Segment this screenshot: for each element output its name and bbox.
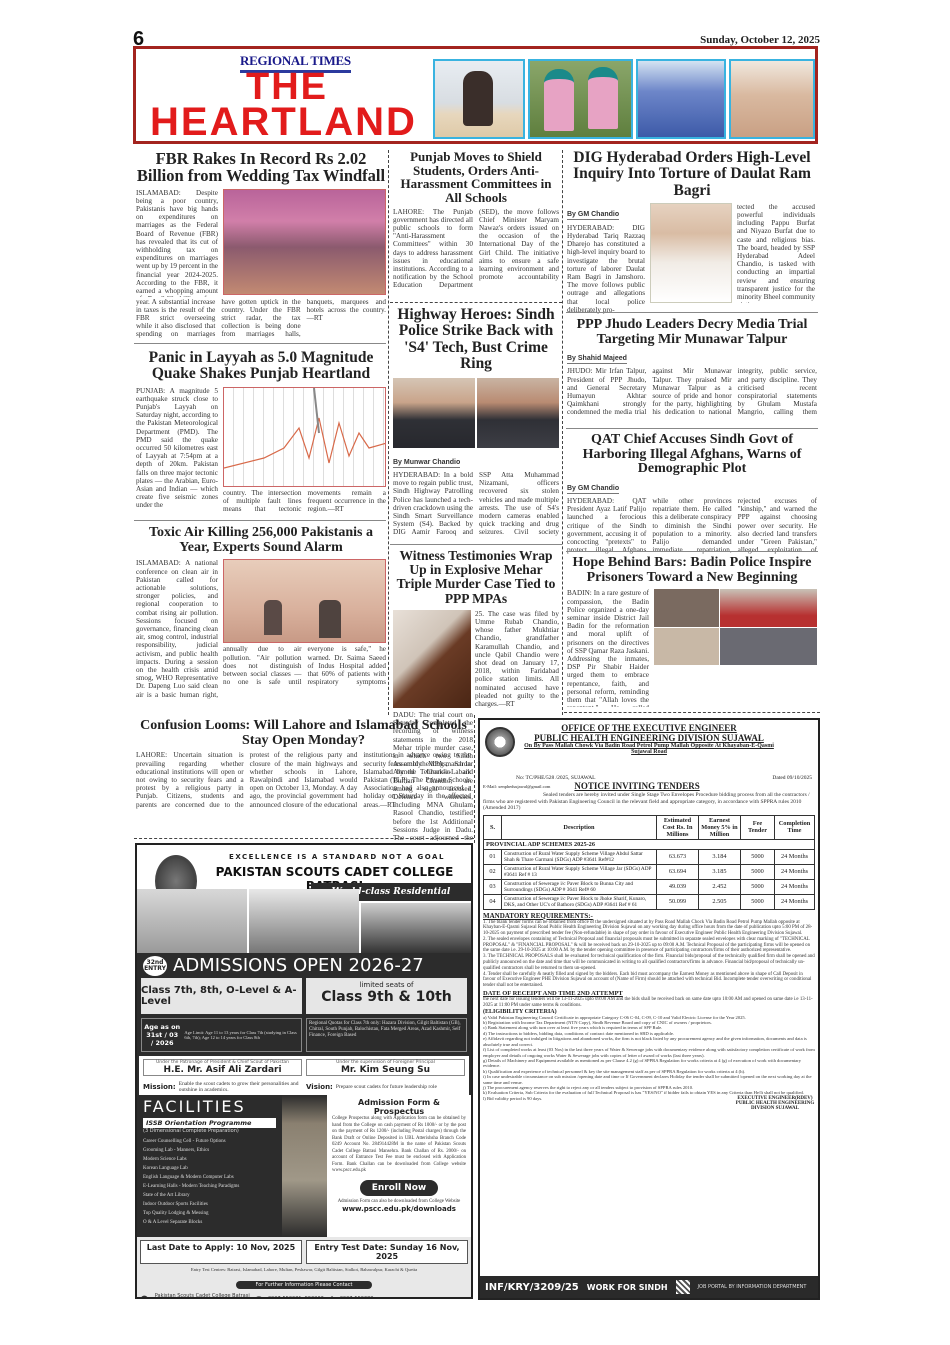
wedding-hall-photo [223,189,386,295]
byline: By GM Chandio [567,485,619,494]
facility-item: English Language & Modern Computer Labs [143,1173,276,1182]
entry-badge: 32nd ENTRY [143,956,167,976]
article-toxic-air: Toxic Air Killing 256,000 Pakistanis a Y… [136,526,386,693]
location-pin-icon: ● [140,1294,149,1300]
mandatory-item: 4. Tender shall be carefully & neatly fi… [483,972,815,989]
headline: PPP Jhudo Leaders Decry Media Trial Targ… [567,318,817,347]
col-header: Estimated Cost Rs. In Millions [657,815,699,839]
eligibility-item: l) Bid validity period is 90 days. [483,1096,542,1111]
issb-subtitle: (3 Dimensional Complete Preparation) [143,1128,276,1134]
eligibility-item: e) Affidavit regarding not indulged in l… [483,1036,815,1047]
facility-item: O & A Level Separate Blocks [143,1218,276,1227]
article-confusion-looms: Confusion Looms: Will Lahore and Islamab… [136,719,471,827]
article-quake: Panic in Layyah as 5.0 Magnitude Quake S… [136,350,386,515]
phed-logo-icon [485,727,515,757]
headline: FBR Rakes In Record Rs 2.02 Billion from… [136,150,386,185]
principal-name: Mr. Kim Seung Su [307,1065,464,1075]
table-row: 04 Construction of Sewerage i/c Paver Bl… [484,894,815,909]
article-body: HYDERABAD: QAT President Ayaz Latif Pali… [567,497,817,555]
gavel-photo [393,610,471,708]
last-date: Last Date to Apply: 10 Nov, 2025 [140,1240,302,1264]
column-divider [388,150,389,715]
phone-icon: ☎ [256,1296,262,1299]
eligibility-item: i) In case undesirable circumstance on s… [483,1074,815,1085]
article-body: ISLAMABAD: A national conference on clea… [136,559,218,699]
age-reference: Age as on 31st / 03 / 2026 [144,1023,180,1047]
col-header: Fee Tender [741,815,775,839]
cadets-group-photo [361,903,471,953]
download-link[interactable]: www.pscc.edu.pk/downloads [332,1205,466,1213]
article-punjab-schools: Punjab Moves to Shield Students, Orders … [393,150,559,292]
receipt-text: the next date for issuing tenders will b… [483,997,815,1009]
test-date: Entry Test Date: Sunday 16 Nov, 2025 [306,1240,468,1264]
article-body: BADIN: In a rare gesture of compassion, … [567,589,649,707]
limited-seats-label: limited seats of [306,981,467,989]
mission-label: Mission: [143,1083,176,1091]
office-title: OFFICE OF THE EXECUTIVE ENGINEER [480,723,818,733]
fax-number: 0997-550283 [340,1296,374,1299]
article-ppp-jhudo: PPP Jhudo Leaders Decry Media Trial Targ… [567,318,817,417]
headline: Hope Behind Bars: Badin Police Inspire P… [567,556,817,585]
jail-seminar-photo [654,589,817,665]
facility-item: Top Quality Lodging & Messing [143,1209,276,1218]
article-body: LAHORE: Uncertain situation is prevailin… [136,751,471,827]
article-dig-hyderabad: DIG Hyderabad Orders High-Level Inquiry … [567,150,817,314]
footer-tagline: JOB PORTAL BY INFORMATION DEPARTMENT [698,1284,807,1290]
article-highway-heroes: Highway Heroes: Sindh Police Strike Back… [393,307,559,537]
seismograph-photo [223,387,386,487]
article-body: ISLAMABAD: Despite being a poor country,… [136,189,218,297]
eligibility-item: f) List of completed works at least (03 … [483,1047,815,1058]
regional-quotas: Regional Quotas for Class 7th only: Haza… [306,1018,467,1052]
classes-offered: Class 7th, 8th, O-Level & A-Level [141,978,302,1014]
article-body-continued: annually due to air pollution. "Air poll… [223,645,386,693]
article-body-continued: country. The intersection of multiple fa… [223,489,386,515]
article-body-continued: year. A substantial increase in taxes is… [136,298,386,340]
article-body-continued: tected the accused powerful individuals … [737,203,815,303]
mission-text: Enable the scout cadets to grow their pe… [179,1081,302,1093]
headline: Panic in Layyah as 5.0 Magnitude Quake S… [136,350,386,383]
article-fbr: FBR Rakes In Record Rs 2.02 Billion from… [136,150,386,340]
headline: Highway Heroes: Sindh Police Strike Back… [393,307,559,372]
signature-block: EXECUTIVE ENGINEER(RDEV) PUBLIC HEALTH E… [735,1096,815,1111]
article-qat: QAT Chief Accuses Sindh Govt of Harborin… [567,433,817,555]
article-body: 25. The case was filed by Umme Rubab Cha… [475,610,559,708]
edition-date: Sunday, October 12, 2025 [700,34,820,46]
column-divider [562,150,563,715]
contact-banner: For Further Information Please Contact [236,1281,373,1289]
column-divider [474,715,475,843]
enroll-now-button[interactable]: Enroll Now [360,1180,439,1196]
facilities-list: Career Counselling Cell - Future Options… [143,1137,276,1227]
division-title: PUBLIC HEALTH ENGINEERING DIVISION SUJAW… [480,733,818,743]
office-address: On By Pass Mallah Chowk Via Badin Road P… [480,743,818,755]
admissions-heading: ADMISSIONS OPEN 2026-27 [173,955,424,976]
shrine-photo [636,59,726,139]
headline: Witness Testimonies Wrap Up in Explosive… [393,549,559,606]
cadet-portrait-photo [282,1095,327,1237]
byline: By GM Chandio [567,211,619,220]
table-row: 01 Construction of Rural Water Supply Sc… [484,849,815,864]
facility-item: Career Counselling Cell - Future Options [143,1137,276,1146]
article-body: JHUDO: Mir Irfan Talpur, President of PP… [567,367,817,417]
table-row: 02 Construction of Rural Water Supply Sc… [484,864,815,879]
article-body: PUNJAB: A magnitude 5 earthquake struck … [136,387,218,511]
qr-code-icon [676,1280,690,1294]
limited-seats-classes: Class 9th & 10th [306,989,467,1005]
article-body: HYDERABAD: DIG Hyderabad Tariq Razzaq Dh… [567,224,645,314]
fax-icon: ⎙ [330,1296,334,1299]
office-email: E-Mail: xenphedsujawal@gmail.com [483,784,550,789]
masthead: REGIONAL TIMES THE HEARTLAND [133,46,818,144]
patron-name: H.E. Mr. Asif Ali Zardari [144,1065,301,1075]
mandatory-item: 2. The sealed envelopes containing of Te… [483,937,815,954]
cotton-pickers-photo [528,59,633,139]
smog-photo [223,559,386,643]
phone-numbers: 0997-550281, 550203 [268,1296,324,1299]
work-for-sindh-logo: WORK FOR SINDH [587,1283,668,1292]
mandatory-item: 3. The TECHNICAL PROPOSALS shall be eval… [483,954,815,971]
college-address: Pakistan Scouts Cadet College Batrasi P.… [155,1293,250,1299]
wrestling-photo [433,59,525,139]
headline: Toxic Air Killing 256,000 Pakistanis a Y… [136,526,386,555]
byline: By Munwar Chandio [393,459,460,468]
notice-title: NOTICE INVITING TENDERS [574,781,699,791]
age-limit: Age Limit: Age 11 to 13 years for Class … [184,1030,299,1041]
officer-photo-1 [393,378,475,448]
article-body: HYDERABAD: In a bold move to regain publ… [393,471,559,537]
tender-notice-ad: OFFICE OF THE EXECUTIVE ENGINEER PUBLIC … [478,718,820,1300]
form-text: College Prospectus along with Applicatio… [332,1116,466,1175]
facility-item: Indoor Outdoor Sports Facilities [143,1200,276,1209]
col-header: Description [502,815,657,839]
article-body: LAHORE: The Punjab government has direct… [393,208,559,292]
mandatory-title: MANDATORY REQUIREMENTS:- [483,912,815,920]
headline: DIG Hyderabad Orders High-Level Inquiry … [567,150,817,199]
portrait-photo [650,203,732,303]
headline: Punjab Moves to Shield Students, Orders … [393,150,559,205]
form-title: Admission Form & Prospectus [332,1098,466,1116]
eligibility-item: g) Details of Machinery and Equipment av… [483,1058,815,1069]
download-note: Admission Form can also be downloaded fr… [332,1199,466,1205]
masthead-title-line2: HEARTLAND [150,103,417,141]
receipt-title: DATE OF RECEIPT AND TIME 2ND ATTEMPT [483,990,815,997]
section-title: PROVINCIAL ADP SCHEMES 2025-26 [484,839,815,849]
vision-label: Vision: [306,1083,333,1091]
col-header: Completion Time [775,815,815,839]
facility-item: Grooming Lab - Manners, Ethics [143,1146,276,1155]
table-row: 03 Construction of Sewerage i/c Paver Bl… [484,879,815,894]
ad-tagline: EXCELLENCE IS A STANDARD NOT A GOAL [207,853,467,861]
facility-item: E-Learning Halls - Modern Teaching Parad… [143,1182,276,1191]
cadets-photo [137,889,247,953]
facility-item: State of the Art Library [143,1191,276,1200]
facilities-title: FACILITIES [143,1097,276,1116]
college-admission-ad: EXCELLENCE IS A STANDARD NOT A GOAL PAKI… [135,843,473,1299]
scout-salute-photo [249,889,359,953]
tender-table: S. Description Estimated Cost Rs. In Mil… [483,815,815,910]
notice-date: Dated 09/10/2025 [772,775,812,781]
facility-item: Modern Science Labs [143,1155,276,1164]
mohenjo-daro-photo [729,59,815,139]
issb-title: ISSB Orientation Programme [143,1118,276,1128]
officer-photo-2 [477,378,559,448]
col-header: S. [484,815,502,839]
test-centres: Entry Test Centres: Batrasi, Islamabad, … [140,1266,468,1273]
vision-text: Prepare scout cadets for future leadersh… [336,1084,437,1090]
col-header: Earnest Money 5% in Million [699,815,741,839]
facility-item: Korean Language Lab [143,1164,276,1173]
article-witness: Witness Testimonies Wrap Up in Explosive… [393,549,559,708]
headline: QAT Chief Accuses Sindh Govt of Harborin… [567,433,817,477]
mandatory-item: 1. The blank tender forms can be obtaine… [483,920,815,937]
byline: By Shahid Majeed [567,355,627,364]
headline: Confusion Looms: Will Lahore and Islamab… [136,719,471,748]
tender-intro: Sealed tenders are hereby invited under … [480,791,818,813]
ad-code: INF/KRY/3209/25 [485,1282,579,1293]
article-hope-behind-bars: Hope Behind Bars: Badin Police Inspire P… [567,556,817,707]
